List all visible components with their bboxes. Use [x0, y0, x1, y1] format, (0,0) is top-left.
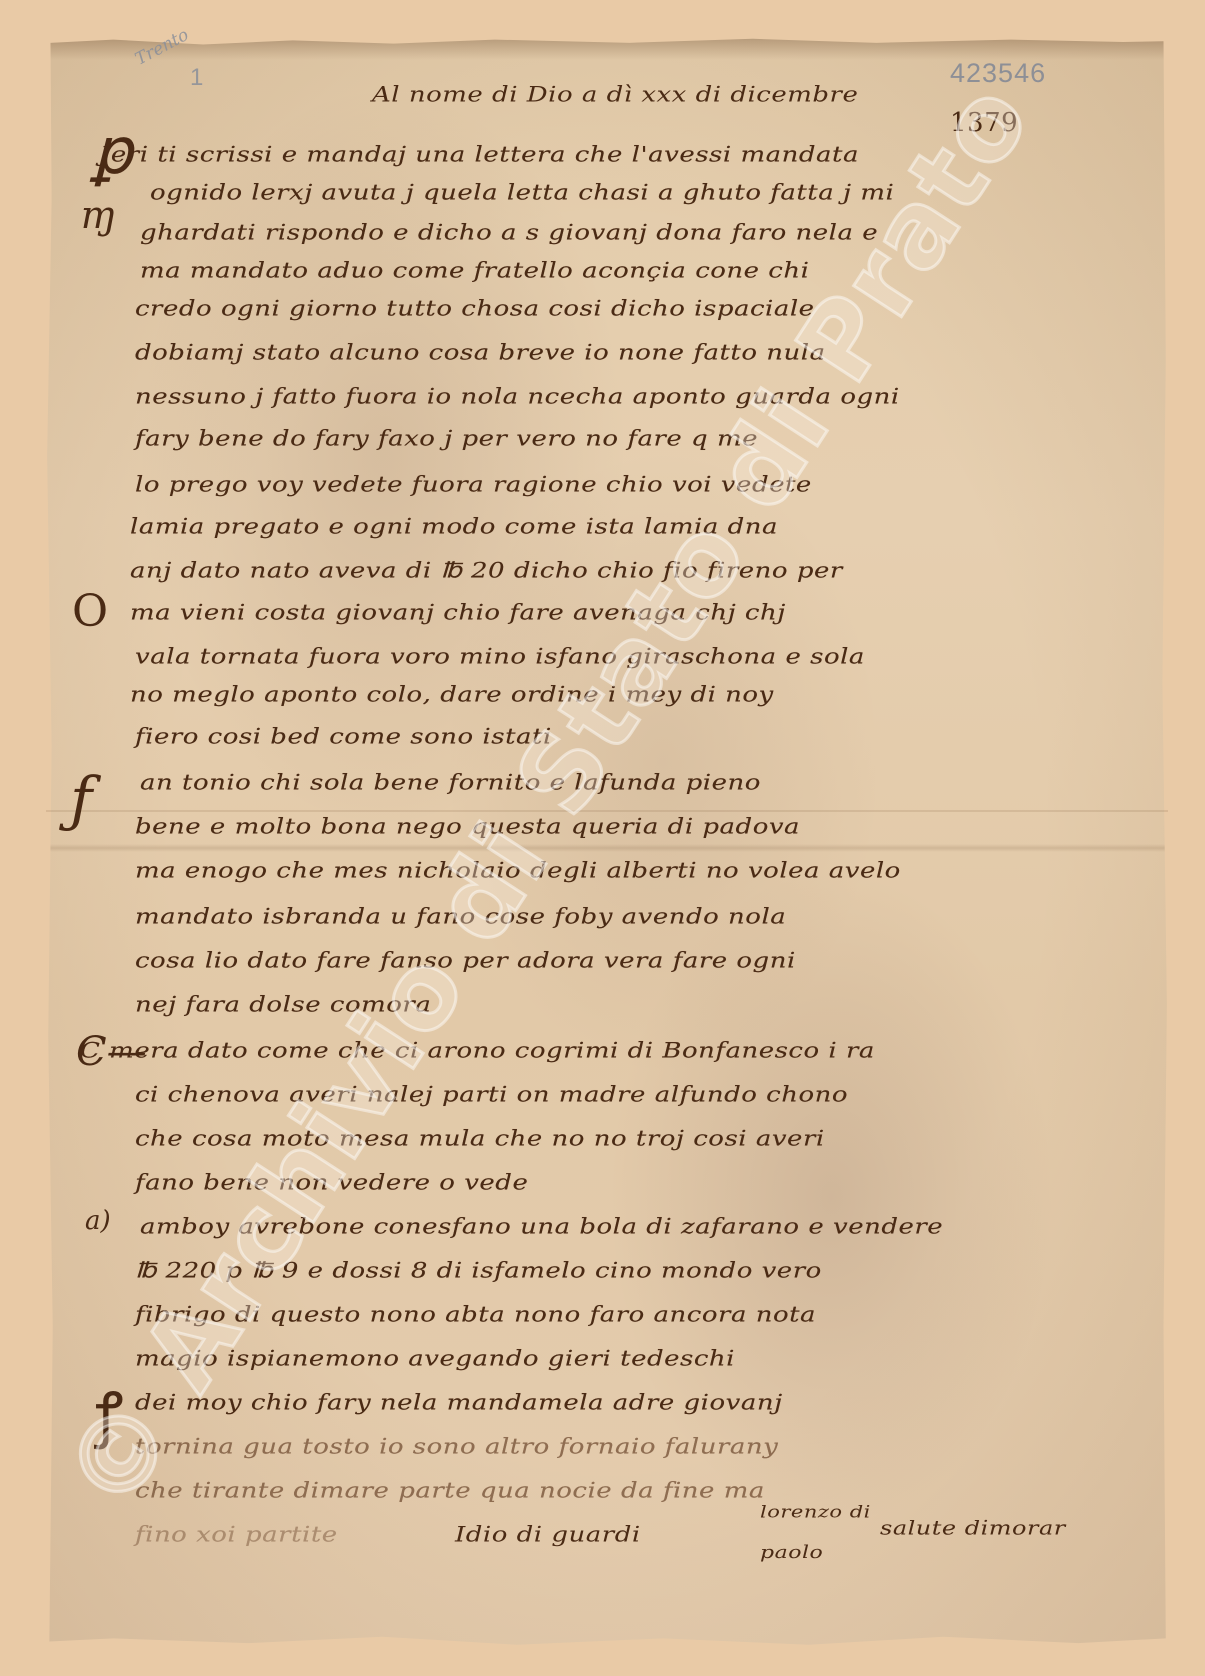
signature-closing: Idio di guardi: [455, 1523, 641, 1548]
signature-name-upper: lorenzo di: [760, 1502, 871, 1522]
margin-mark-f-icon: ƒ: [70, 770, 92, 830]
text-line: lo prego voy vedete fuora ragione chio v…: [135, 473, 812, 498]
text-line: fino xoi partite: [135, 1523, 338, 1548]
text-line: no meglo aponto colo, dare ordine i mey …: [130, 683, 774, 708]
signature-name-lower: paolo: [760, 1542, 823, 1563]
text-line: dobiamj stato alcuno cosa breve io none …: [135, 341, 826, 366]
text-line: fibrigo di questo nono abta nono faro an…: [135, 1303, 816, 1328]
margin-mark-loop-icon: ꝭ: [95, 1385, 123, 1445]
signature-salute: salute dimorar: [880, 1517, 1066, 1540]
text-line: ma enogo che mes nicholaio degli alberti…: [135, 859, 901, 884]
text-line: anj dato nato aveva di ℔ 20 dicho chio f…: [130, 559, 843, 584]
text-line: cosa lio dato fare fanso per adora vera …: [135, 949, 796, 974]
text-line: tornina gua tosto io sono altro fornaio …: [135, 1435, 778, 1460]
text-line: ci chenova averi nalej parti on madre al…: [135, 1083, 848, 1108]
margin-mark-p-icon: ꝑ: [92, 120, 133, 184]
text-line: credo ogni giorno tutto chosa cosi dicho…: [135, 297, 815, 322]
text-line: nessuno j fatto fuora io nola ncecha apo…: [135, 385, 900, 410]
text-line: Jeri ti scrissi e mandaj una lettera che…: [100, 143, 859, 168]
text-line: magio ispianemono avegando gieri tedesch…: [135, 1347, 735, 1372]
text-line: bene e molto bona nego questa queria di …: [135, 815, 800, 840]
text-line: che cosa moto mesa mula che no no troj c…: [135, 1127, 825, 1152]
text-line: an tonio chi sola bene fornito e lafunda…: [140, 771, 761, 796]
text-line: C mera dato come che ci arono cogrimi di…: [80, 1039, 875, 1064]
text-line: dei moy chio fary nela mandamela adre gi…: [135, 1391, 783, 1416]
text-line: lamia pregato e ogni modo come ista lami…: [130, 515, 778, 540]
margin-mark-c-icon: C—: [76, 1032, 147, 1072]
text-line: ghardati rispondo e dicho a s giovanj do…: [140, 221, 878, 246]
margin-mark-a-icon: a): [85, 1208, 111, 1234]
text-line: ma vieni costa giovanj chio fare avenaga…: [130, 601, 786, 626]
text-line: che tirante dimare parte qua nocie da fi…: [135, 1479, 765, 1504]
text-line: ℔ 220 p ℔ 9 e dossi 8 di isfamelo cino m…: [135, 1259, 822, 1284]
text-line: vala tornata fuora voro mino isfano gira…: [135, 645, 865, 670]
letter-body: Jeri ti scrissi e mandaj una lettera che…: [140, 0, 1140, 1676]
text-line: ognido lerxj avuta j quela letta chasi a…: [150, 181, 894, 206]
document-viewer: Trento 1 423546 Al nome di Dio a dì xxx …: [0, 0, 1205, 1676]
text-line: amboy avrebone conesfano una bola di zaf…: [140, 1215, 943, 1240]
text-line: fary bene do fary faxo j per vero no far…: [135, 427, 758, 452]
text-line: nej fara dolse comora: [135, 993, 431, 1018]
margin-mark-m-icon: ɱ: [80, 196, 116, 234]
text-line: fano bene non vedere o vede: [135, 1171, 528, 1196]
text-line: mandato isbranda u fano cose foby avendo…: [135, 905, 786, 930]
text-line: ma mandato aduo come fratello aconçia co…: [140, 259, 809, 284]
text-line: fiero cosi bed come sono istati: [135, 725, 552, 750]
margin-mark-o-icon: O: [72, 590, 108, 634]
